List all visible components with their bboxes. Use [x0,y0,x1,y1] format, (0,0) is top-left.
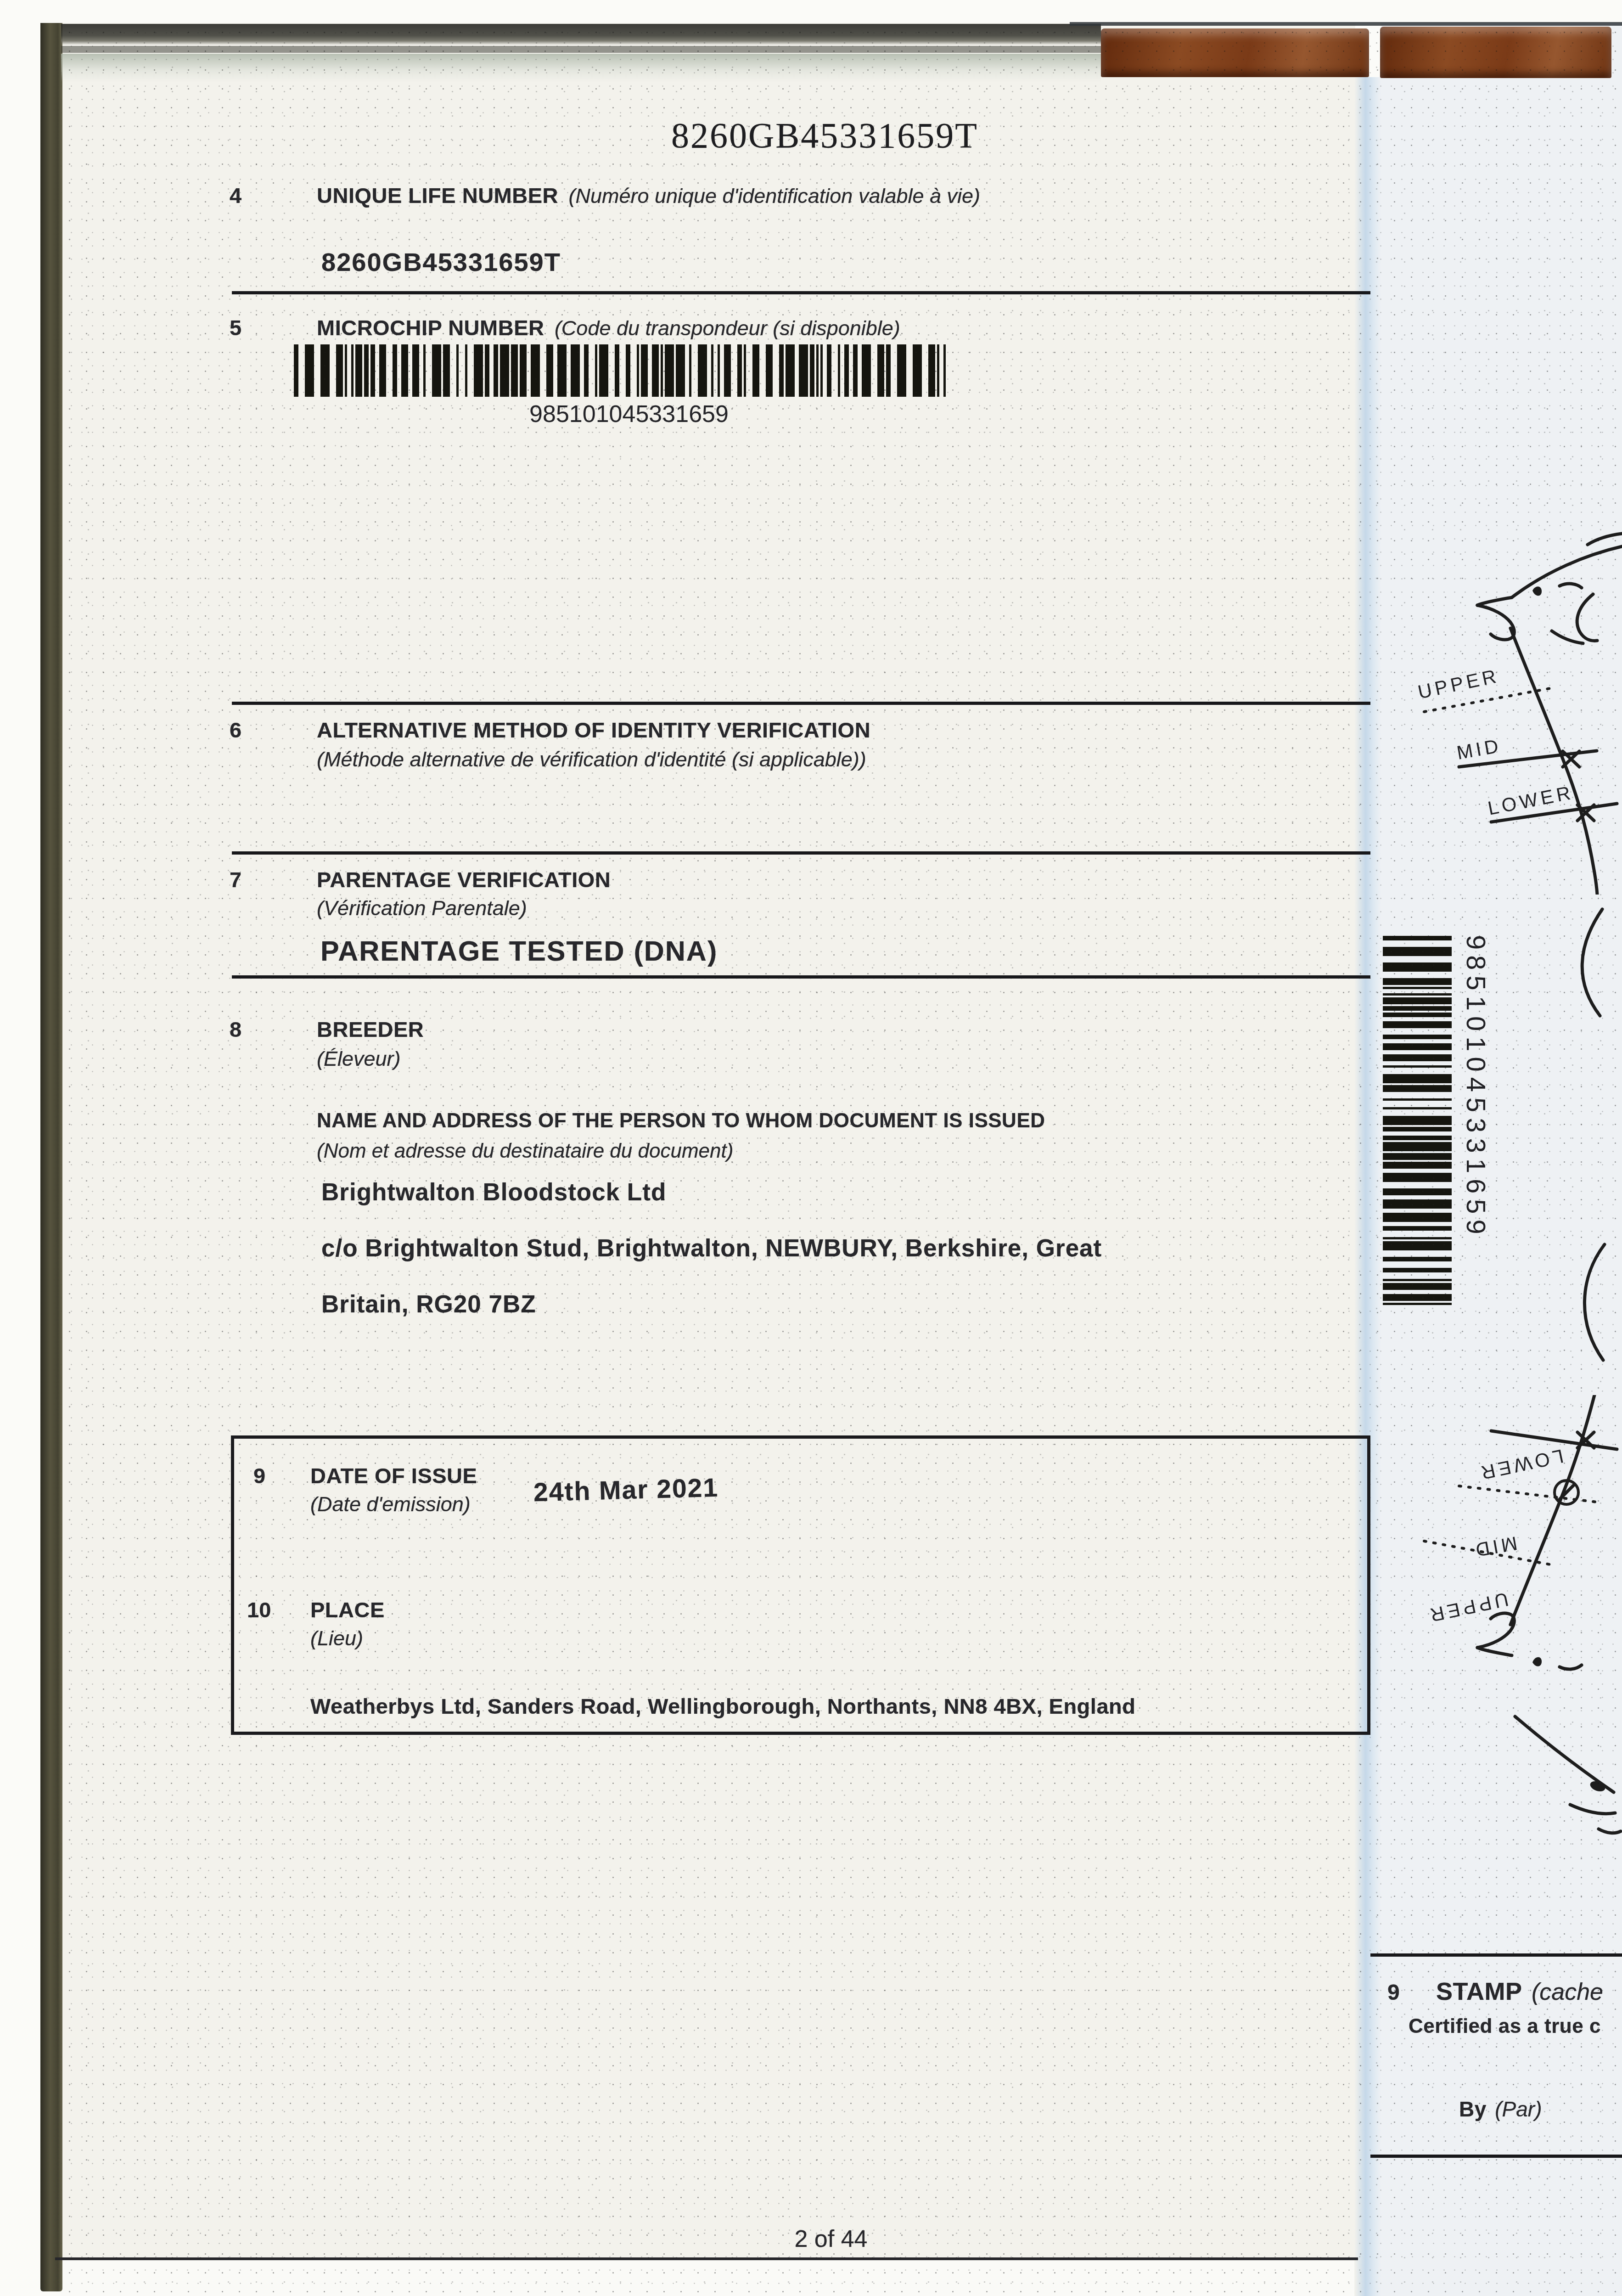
breeder-name: Brightwalton Bloodstock Ltd [321,1178,666,1206]
section-8-label: BREEDER [317,1017,424,1042]
divider [232,702,1370,705]
stamp-by-label-fr: (Par) [1495,2097,1542,2121]
section-6-label-fr: (Méthode alternative de vérification d'i… [317,748,866,771]
stamp-label-fr: (cache [1532,1979,1603,2005]
section-4-label: UNIQUE LIFE NUMBER [317,183,558,208]
page-title: 8260GB45331659T [671,115,978,156]
diagram-label-upper-flipped: UPPER [1425,1588,1510,1626]
diagram-label-lower-flipped: LOWER [1476,1445,1566,1484]
divider [232,975,1370,979]
page-indicator: 2 of 44 [684,2225,978,2253]
microchip-number-value: 985101045331659 [294,400,964,428]
leather-binding-bar-right [1380,27,1611,78]
section-7-label-fr: (Vérification Parentale) [317,896,527,920]
breeder-address-line1: c/o Brightwalton Stud, Brightwalton, NEW… [321,1234,1102,1262]
divider [232,851,1370,855]
parentage-tested-value: PARENTAGE TESTED (DNA) [320,935,718,967]
diagram-label-lower: LOWER [1486,782,1576,819]
scan-artifact-top-fade [61,54,1101,82]
microchip-barcode [294,344,964,397]
section-8-number: 8 [230,1017,241,1042]
section-10-label-fr: (Lieu) [310,1626,363,1650]
scan-artifact-top-right-line [1070,22,1622,26]
diagram-label-mid: MID [1455,735,1503,764]
section-8-label-fr: (Éleveur) [317,1047,401,1071]
section-9-number: 9 [253,1463,265,1488]
section-5-label: MICROCHIP NUMBER [317,315,544,340]
stamp-box-bottom-rule [1370,2155,1622,2158]
side-barcode-number: 985101045331659 [1455,935,1491,1307]
horse-body-outline-curves [1552,895,1622,1391]
stamp-label: STAMP [1436,1978,1522,2005]
date-of-issue-value: 24th Mar 2021 [533,1473,719,1508]
breeder-sublabel: NAME AND ADDRESS OF THE PERSON TO WHOM D… [317,1109,1045,1132]
unique-life-number-value: 8260GB45331659T [321,247,561,277]
binding-edge-left [40,23,62,2291]
page-bottom-margin [61,2260,1355,2296]
section-9-label: DATE OF ISSUE [310,1463,477,1488]
side-barcode [1383,936,1452,1306]
leather-binding-bar-left [1101,28,1369,77]
place-value: Weatherbys Ltd, Sanders Road, Wellingbor… [310,1694,1135,1719]
section-4-number: 4 [230,183,241,208]
stamp-certified-text: Certified as a true c [1409,2015,1601,2038]
section-5-number: 5 [230,315,241,340]
section-6-label: ALTERNATIVE METHOD OF IDENTITY VERIFICAT… [317,717,870,743]
horse-eye-mark [1532,586,1542,596]
section-4-label-fr: (Numéro unique d'identification valable … [568,184,980,208]
stamp-by-label: By [1459,2097,1487,2121]
section-10-label: PLACE [310,1597,385,1622]
breeder-sublabel-fr: (Nom et adresse du destinataire du docum… [317,1140,733,1163]
scan-artifact-top-line [61,46,1101,53]
scan-artifact-top [61,24,1101,45]
horse-head-diagram-bottom: LOWER MID UPPER [1400,1395,1622,1836]
divider [232,291,1370,294]
stamp-box-top-rule [1370,1953,1622,1957]
stamp-section-number: 9 [1387,1980,1400,2005]
diagram-label-upper: UPPER [1416,664,1501,703]
breeder-address-line2: Britain, RG20 7BZ [321,1290,536,1318]
section-7-number: 7 [230,867,241,892]
section-6-number: 6 [230,717,241,743]
horse-head-diagram-top: UPPER MID LOWER [1400,527,1622,895]
section-10-number: 10 [247,1597,271,1622]
page-bottom-rule [55,2257,1358,2260]
section-9-label-fr: (Date d'emission) [310,1492,471,1516]
section-5-label-fr: (Code du transpondeur (si disponible) [555,316,900,340]
section-7-label: PARENTAGE VERIFICATION [317,867,611,892]
page-gutter-shadow [1354,77,1381,2296]
